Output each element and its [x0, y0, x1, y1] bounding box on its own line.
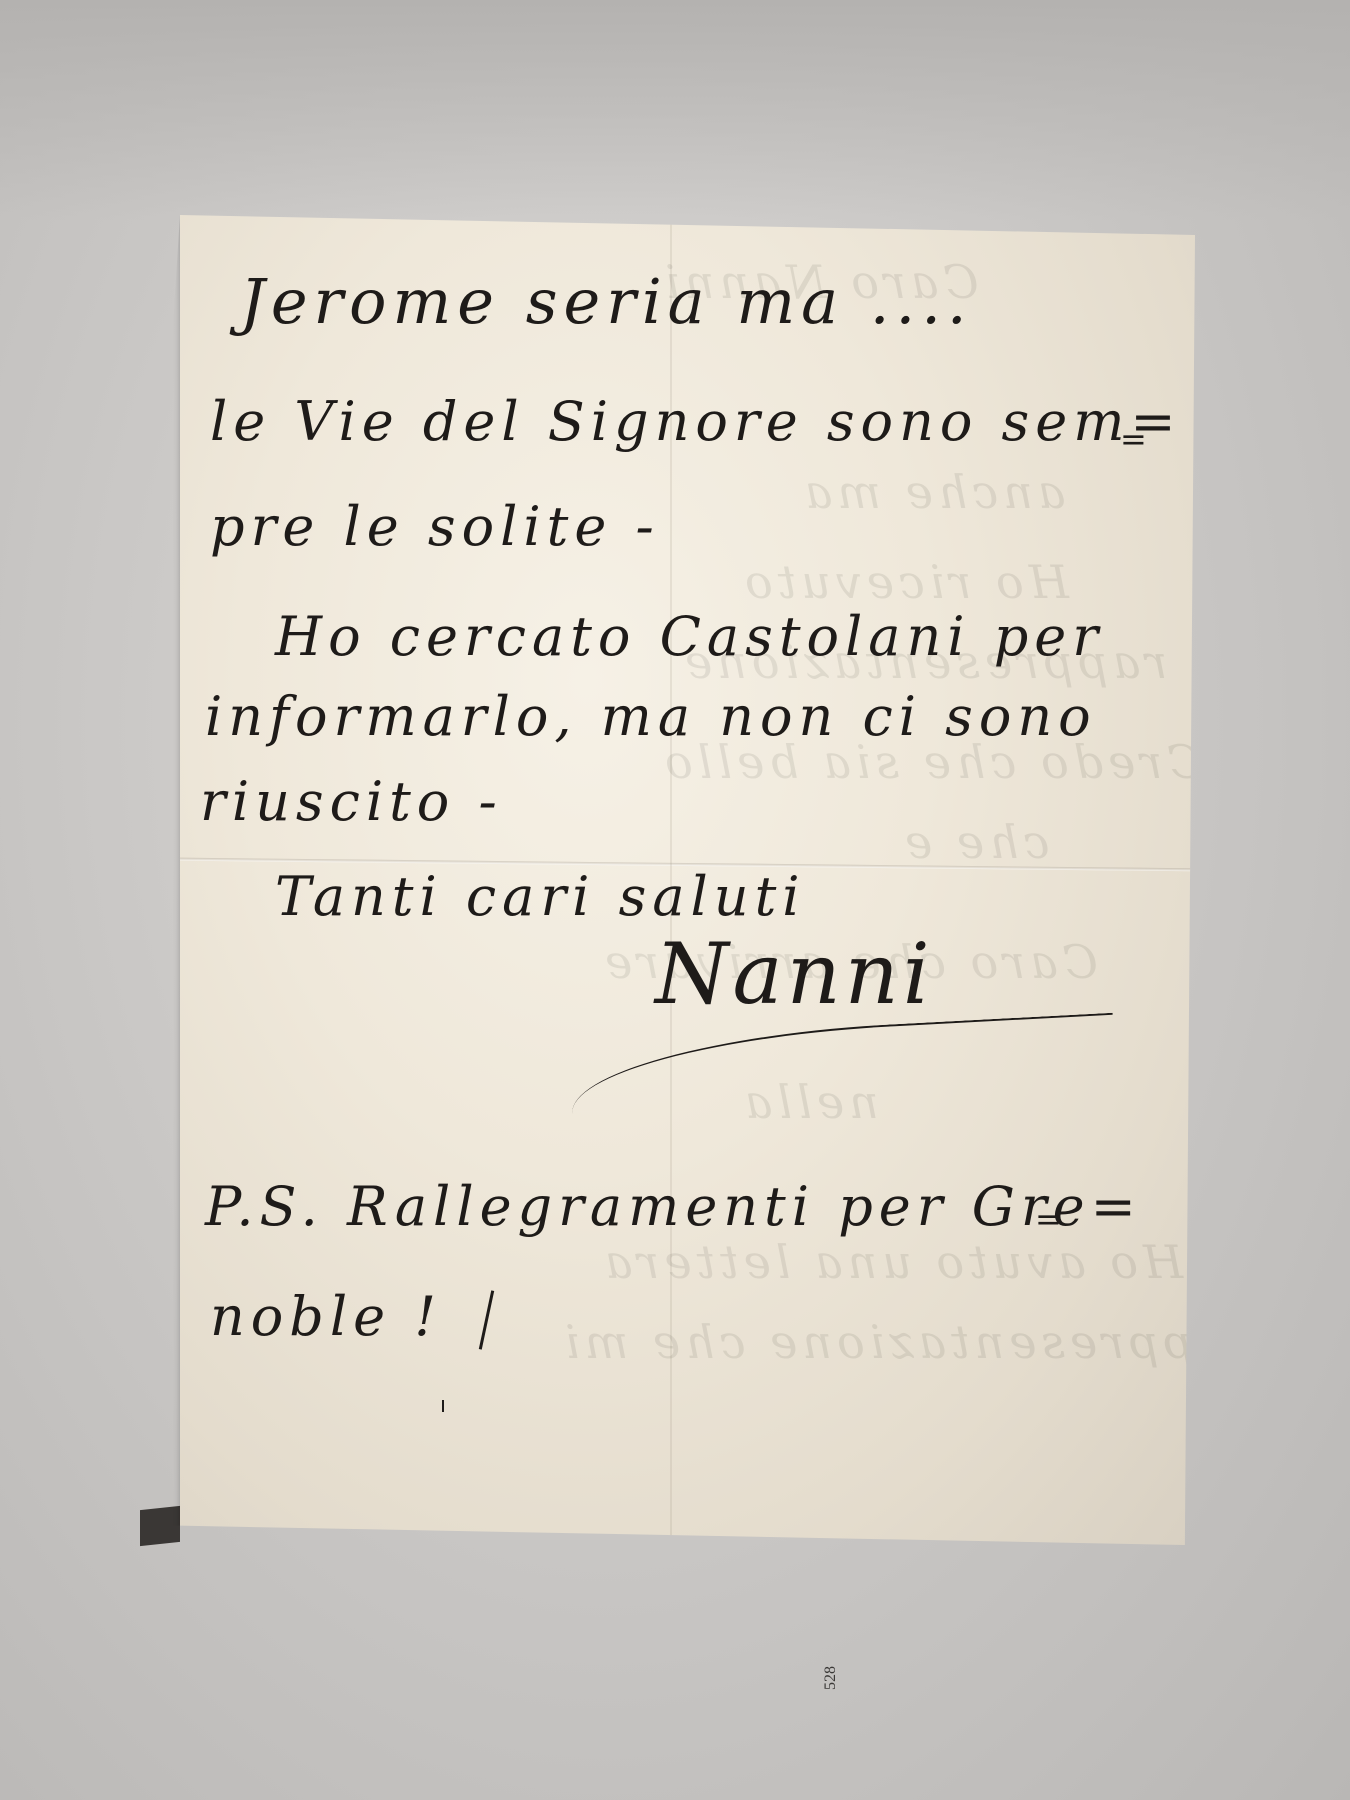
ink-dot — [442, 1400, 444, 1412]
signature: Nanni — [655, 925, 934, 1023]
show-through-text: anche ma — [800, 465, 1065, 519]
closing-line: Tanti cari saluti — [275, 865, 806, 928]
background-surface — [0, 0, 1350, 220]
letter-line: informarlo, ma non ci sono — [205, 685, 1097, 748]
signature-underline — [568, 1013, 1116, 1113]
letter-line: riuscito - — [200, 770, 503, 833]
ink-stroke — [479, 1290, 494, 1349]
letter-line: pre le solite - — [210, 495, 660, 558]
hyphenation-mark: = — [1035, 1200, 1062, 1238]
letter-line: Jerome seria ma .... — [240, 265, 973, 338]
archive-page-number: 528 — [822, 1666, 840, 1690]
postscript-line: P.S. Rallegramenti per Gre= — [205, 1175, 1142, 1238]
letter-sheet: Caro Nanni anche ma Ho ricevuto e rappre… — [180, 215, 1195, 1545]
letter-line: le Vie del Signore sono sem= — [210, 390, 1182, 453]
letter-line: Ho cercato Castolani per — [275, 605, 1104, 668]
show-through-text: La rappresentazione che mi — [560, 1315, 1340, 1369]
paper-shadow — [140, 1506, 180, 1546]
show-through-text: che e — [900, 815, 1049, 869]
show-through-text: Ho ricevuto — [740, 555, 1069, 609]
hyphenation-mark: = — [1120, 420, 1147, 458]
postscript-line: noble ! — [210, 1285, 442, 1348]
show-through-text: Ho avuto una lettera — [600, 1235, 1183, 1289]
